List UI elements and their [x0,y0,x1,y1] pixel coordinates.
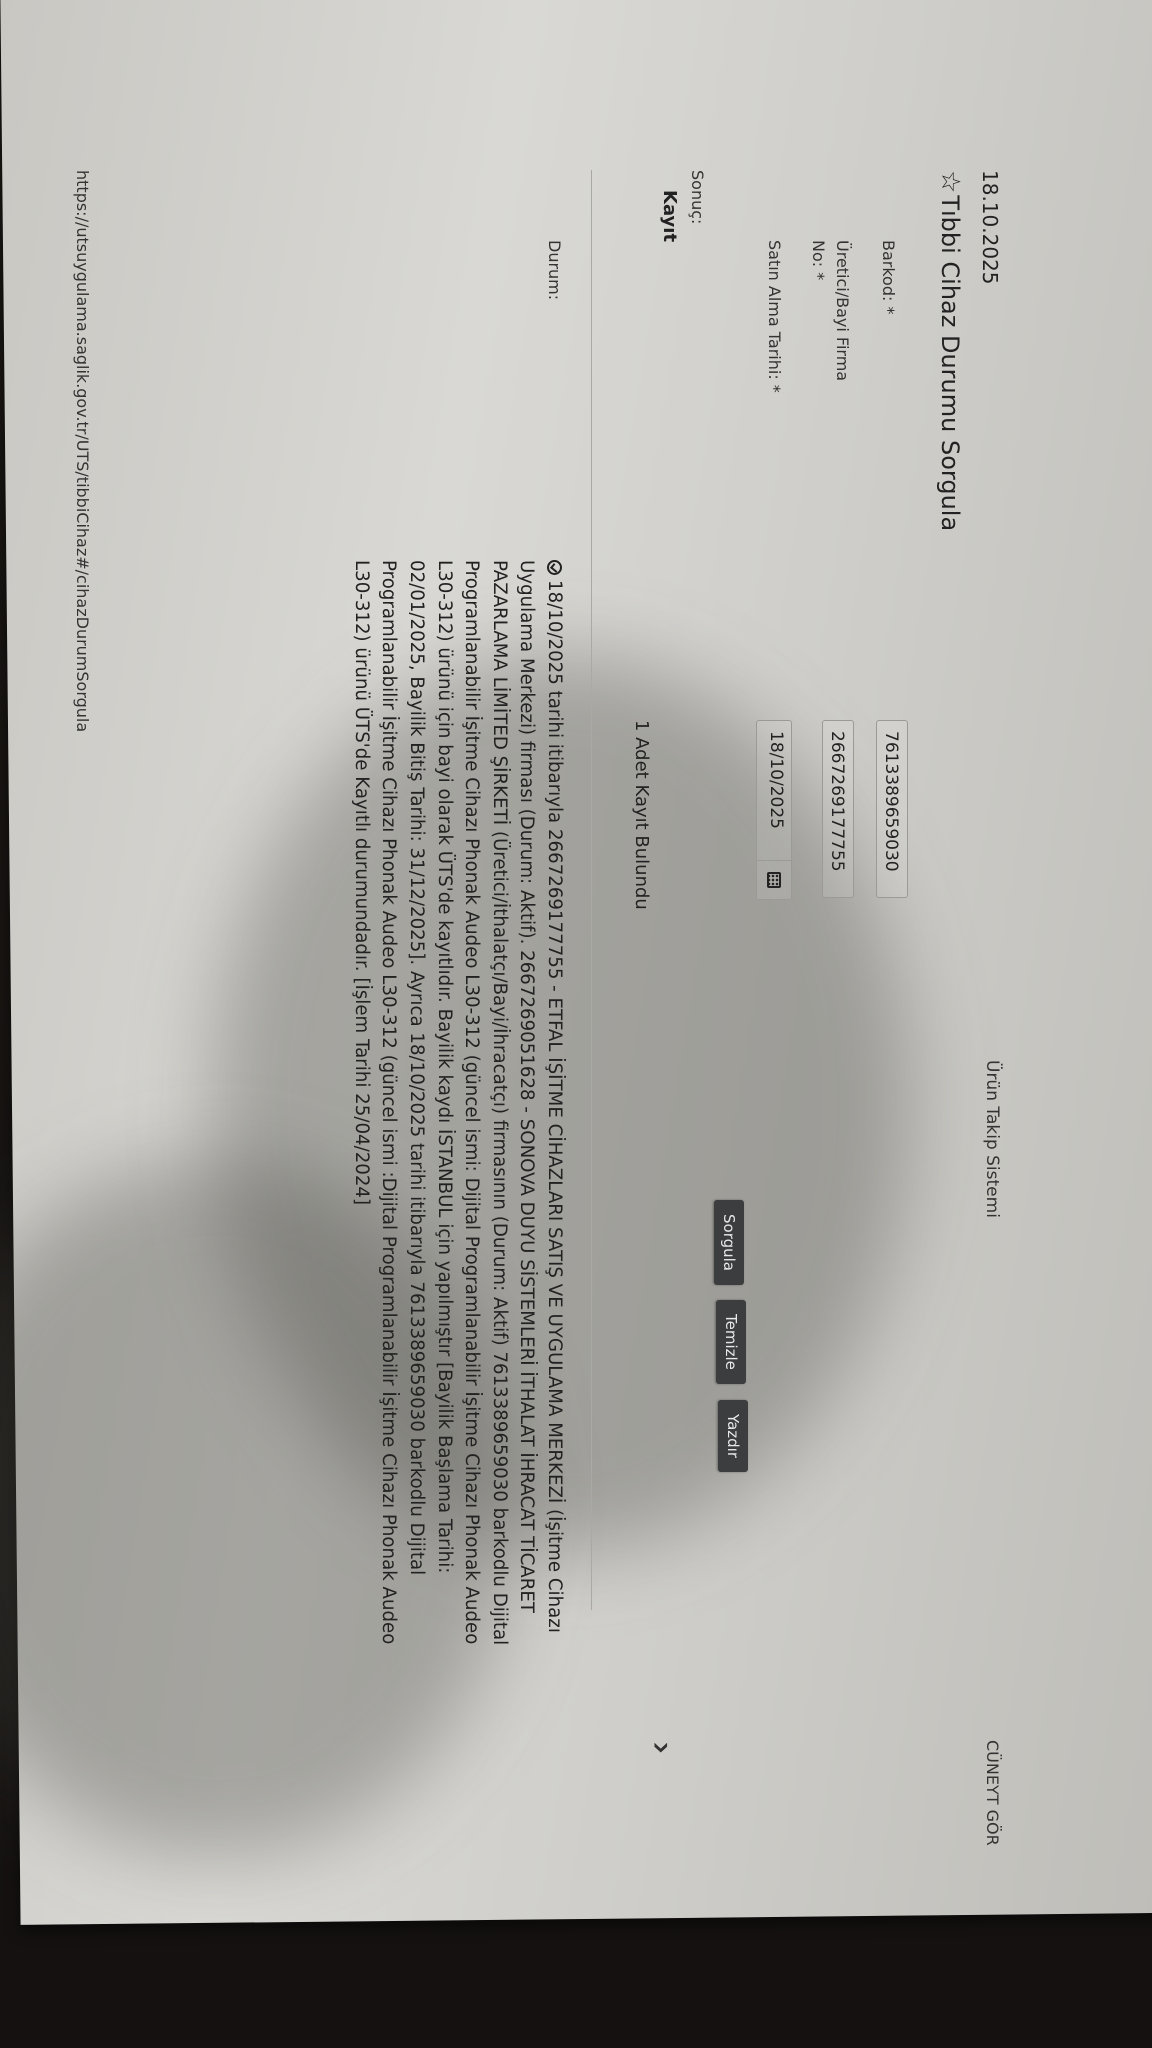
photo-scene: 18.10.2025 Ürün Takip Sistemi CÜNEYT GÖR… [0,0,1152,2048]
purchase-date-value[interactable]: 18/10/2025 [757,721,791,860]
calendar-button[interactable] [757,860,791,899]
page-title: ☆ Tıbbi Cihaz Durumu Sorgula [936,170,964,531]
status-text: 18/10/2025 tarihi itibarıyla 26672691777… [347,560,568,1660]
barcode-row: Barkod: * [876,240,900,410]
status-text-body: 18/10/2025 tarihi itibarıyla 26672691777… [351,560,565,1645]
print-button[interactable]: Yazdır [718,1400,748,1472]
calendar-icon [767,872,781,888]
print-date: 18.10.2025 [978,170,1002,285]
result-count: 1 Adet Kayıt Bulundu [631,720,652,910]
status-label: Durum: [545,240,564,300]
query-button[interactable]: Sorgula [714,1200,744,1285]
user-name: CÜNEYT GÖR [983,1740,1002,1846]
purchase-date-label: Satın Alma Tarihi: * [762,240,786,410]
dealer-no-label-line2: No: * [809,240,828,280]
star-icon[interactable]: ☆ [937,170,963,193]
printed-page: 18.10.2025 Ürün Takip Sistemi CÜNEYT GÖR… [32,40,1152,1940]
result-label: Sonuç: [688,170,707,224]
dealer-no-label-line1: Üretici/Bayi Firma [833,240,852,381]
dealer-no-label: Üretici/Bayi Firma No: * [806,240,854,410]
purchase-date-row: Satın Alma Tarihi: * [762,240,786,410]
record-heading: Kayıt [659,190,680,242]
purchase-date-input[interactable]: 18/10/2025 [756,720,792,900]
chevron-down-icon[interactable]: ❯ [654,1740,669,1755]
divider [591,170,592,1610]
dealer-no-row: Üretici/Bayi Firma No: * [806,240,854,410]
barcode-input[interactable]: 7613389659030 [876,720,908,898]
clear-button[interactable]: Temizle [716,1300,746,1384]
page-title-text: Tıbbi Cihaz Durumu Sorgula [936,195,964,531]
dealer-no-input[interactable]: 2667269177755 [822,720,854,898]
check-circle-icon [547,560,562,575]
system-title: Ürün Takip Sistemi [982,1060,1002,1218]
page-url: https://utsuygulama.saglik.gov.tr/UTS/ti… [73,170,92,732]
barcode-label: Barkod: * [876,240,900,410]
